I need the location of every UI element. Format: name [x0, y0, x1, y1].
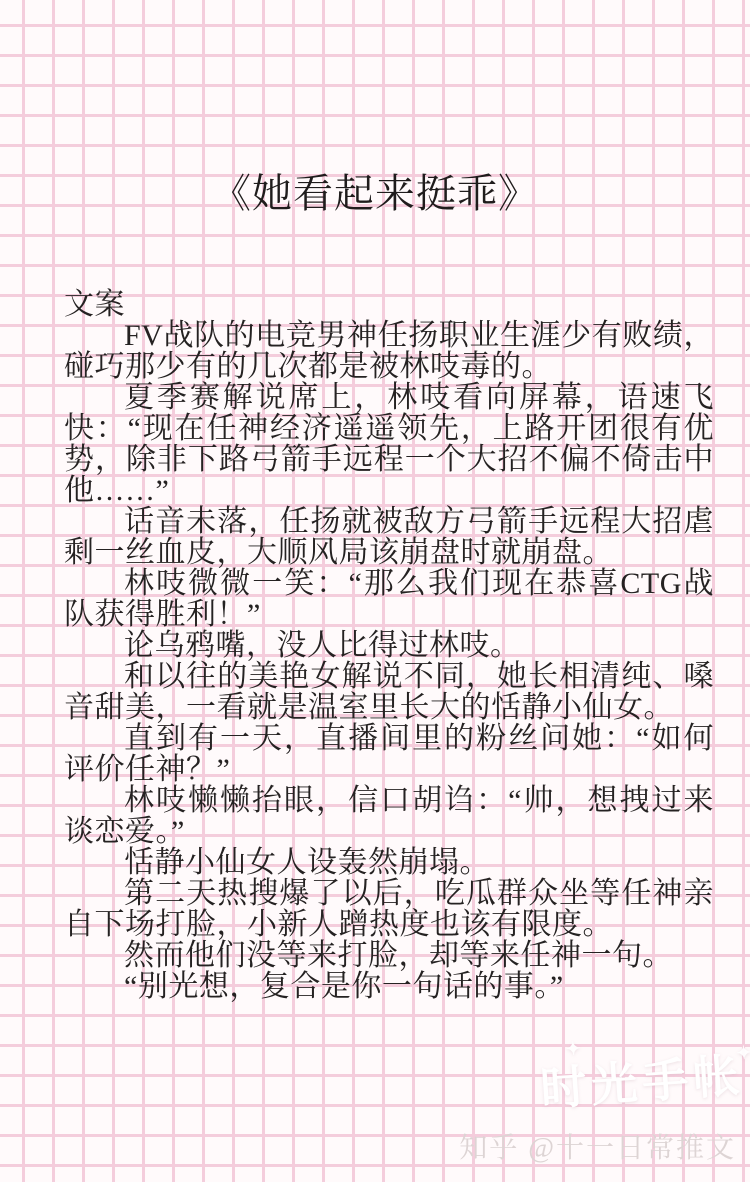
page-title: 《她看起来挺乖》 — [0, 0, 750, 219]
synopsis-paragraph: 恬静小仙女人设轰然崩塌。 — [64, 847, 714, 878]
notebook-page: 《她看起来挺乖》 文案 FV战队的电竞男神任扬职业生涯少有败绩，碰巧那少有的几次… — [0, 0, 750, 1182]
synopsis-paragraph: 林吱懒懒抬眼，信口胡诌：“帅，想拽过来谈恋爱。” — [64, 785, 714, 847]
synopsis-paragraph: 和以往的美艳女解说不同，她长相清纯、嗓音甜美，一看就是温室里长大的恬静小仙女。 — [64, 661, 714, 723]
synopsis-paragraph: 林吱微微一笑：“那么我们现在恭喜CTG战队获得胜利！” — [64, 568, 714, 630]
credit-watermark: 知乎 @十一日常推文 — [459, 1126, 736, 1166]
synopsis-label: 文案 — [64, 289, 714, 320]
synopsis-paragraph: 第二天热搜爆了以后，吃瓜群众坐等任神亲自下场打脸，小新人蹭热度也该有限度。 — [64, 878, 714, 940]
synopsis-paragraph: 论乌鸦嘴，没人比得过林吱。 — [64, 630, 714, 661]
synopsis-section: 文案 FV战队的电竞男神任扬职业生涯少有败绩，碰巧那少有的几次都是被林吱毒的。夏… — [0, 289, 750, 1002]
synopsis-paragraphs: FV战队的电竞男神任扬职业生涯少有败绩，碰巧那少有的几次都是被林吱毒的。夏季赛解… — [64, 320, 714, 1002]
synopsis-paragraph: 话音未落，任扬就被敌方弓箭手远程大招虐剩一丝血皮，大顺风局该崩盘时就崩盘。 — [64, 506, 714, 568]
synopsis-paragraph: 直到有一天，直播间里的粉丝问她：“如何评价任神？” — [64, 723, 714, 785]
synopsis-paragraph: 夏季赛解说席上，林吱看向屏幕，语速飞快：“现在任神经济遥遥领先，上路开团很有优势… — [64, 382, 714, 506]
synopsis-paragraph: FV战队的电竞男神任扬职业生涯少有败绩，碰巧那少有的几次都是被林吱毒的。 — [64, 320, 714, 382]
synopsis-paragraph: 然而他们没等来打脸，却等来任神一句。 — [64, 940, 714, 971]
sparkle-icon: ✦ — [736, 1042, 750, 1064]
sparkle-icon: ✦ — [565, 1038, 587, 1060]
brand-watermark: ✦ 时光手帐 ✦ — [538, 1039, 746, 1119]
synopsis-paragraph: “别光想，复合是你一句话的事。” — [64, 971, 714, 1002]
